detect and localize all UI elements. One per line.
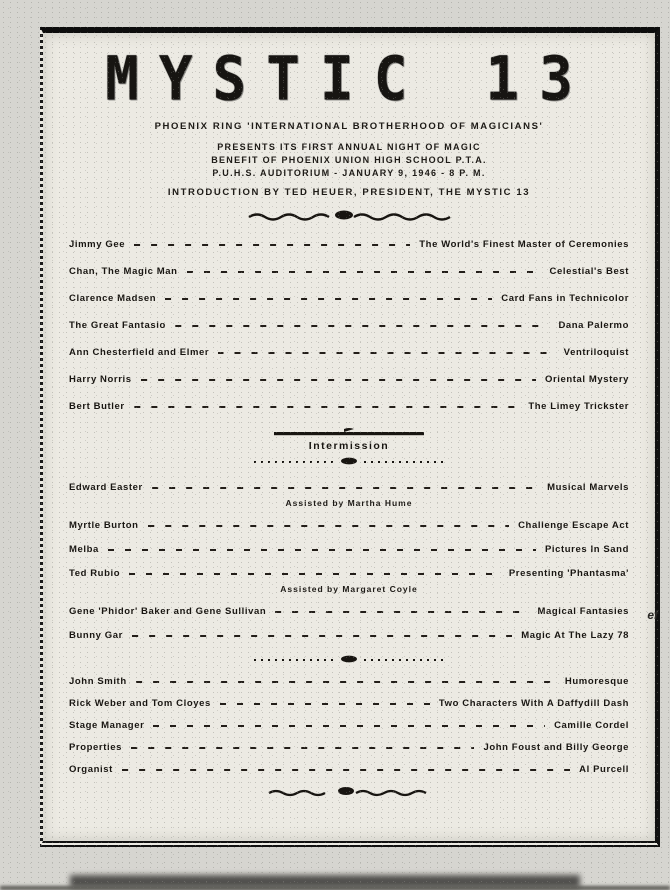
act-description: Card Fans in Technicolor xyxy=(501,293,629,304)
act-performer: The Great Fantasio xyxy=(69,320,166,331)
credit-right: John Foust and Billy George xyxy=(483,742,629,753)
program-row: Bert Butler The Limey Trickster xyxy=(69,401,629,412)
dash-leader xyxy=(175,325,550,327)
dash-leader xyxy=(220,703,430,705)
act-performer: Myrtle Burton xyxy=(69,520,139,531)
program-page-frame: MYSTIC 13 PHOENIX RING 'INTERNATIONAL BR… xyxy=(40,27,660,847)
program-row: Chan, The Magic Man Celestial's Best xyxy=(69,266,629,277)
program-row: Ted Rubio Presenting 'Phantasma' xyxy=(69,568,629,579)
dash-leader xyxy=(129,573,500,575)
intermission-label: Intermission xyxy=(59,440,639,452)
credit-right: Camille Cordel xyxy=(554,720,629,731)
page-title: MYSTIC 13 xyxy=(59,47,639,114)
program-row: Myrtle Burton Challenge Escape Act xyxy=(69,520,629,531)
act-performer: Edward Easter xyxy=(69,482,143,493)
credit-left: Stage Manager xyxy=(69,720,144,731)
program-row: The Great Fantasio Dana Palermo xyxy=(69,320,629,331)
program-credits: John Smith Humoresque Rick Weber and Tom… xyxy=(69,676,629,775)
dash-leader xyxy=(165,298,492,300)
credit-left: Rick Weber and Tom Cloyes xyxy=(69,698,211,709)
photo-bottom-edge xyxy=(0,886,670,890)
act-description: Presenting 'Phantasma' xyxy=(509,568,629,579)
presents-line: PRESENTS ITS FIRST ANNUAL NIGHT OF MAGIC xyxy=(59,141,639,154)
credit-row: Properties John Foust and Billy George xyxy=(69,742,629,753)
assistant-note: Assisted by Martha Hume xyxy=(69,498,629,508)
act-performer: Harry Norris xyxy=(69,374,132,385)
program-row: Jimmy Gee The World's Finest Master of C… xyxy=(69,239,629,250)
act-description: Magical Fantasies xyxy=(537,606,629,617)
program-page: MYSTIC 13 PHOENIX RING 'INTERNATIONAL BR… xyxy=(43,33,655,841)
act-description: Challenge Escape Act xyxy=(518,520,629,531)
credit-left: Organist xyxy=(69,764,113,775)
dash-leader xyxy=(148,525,510,527)
event-details: PRESENTS ITS FIRST ANNUAL NIGHT OF MAGIC… xyxy=(59,141,639,180)
act-description: Pictures In Sand xyxy=(545,544,629,555)
dash-leader xyxy=(122,769,570,771)
program-row: Ann Chesterfield and Elmer Ventriloquist xyxy=(69,347,629,358)
program-part1: Jimmy Gee The World's Finest Master of C… xyxy=(69,239,629,412)
credit-left: Properties xyxy=(69,742,122,753)
program-row: Harry Norris Oriental Mystery xyxy=(69,374,629,385)
program-row: Clarence Madsen Card Fans in Technicolor xyxy=(69,293,629,304)
dash-leader xyxy=(132,635,512,637)
program-row: Melba Pictures In Sand xyxy=(69,544,629,555)
dash-leader xyxy=(134,244,410,246)
scanned-photo: MYSTIC 13 PHOENIX RING 'INTERNATIONAL BR… xyxy=(0,0,670,890)
credit-row: Organist Al Purcell xyxy=(69,764,629,775)
dotted-divider-icon xyxy=(59,456,639,466)
ornament-divider-icon xyxy=(59,209,639,223)
corner-mark: ef xyxy=(647,608,658,622)
program-row: Bunny Gar Magic At The Lazy 78 xyxy=(69,630,629,641)
act-performer: Jimmy Gee xyxy=(69,239,125,250)
act-description: The Limey Trickster xyxy=(528,401,629,412)
act-performer: Bert Butler xyxy=(69,401,125,412)
dash-leader xyxy=(275,611,528,613)
dash-leader xyxy=(152,487,538,489)
act-performer: Clarence Madsen xyxy=(69,293,156,304)
act-performer: Ted Rubio xyxy=(69,568,120,579)
act-description: Celestial's Best xyxy=(550,266,629,277)
act-description: The World's Finest Master of Ceremonies xyxy=(419,239,629,250)
act-performer: Gene 'Phidor' Baker and Gene Sullivan xyxy=(69,606,266,617)
credit-right: Al Purcell xyxy=(579,764,629,775)
dash-leader xyxy=(136,681,556,683)
dash-leader xyxy=(134,406,520,408)
act-description: Ventriloquist xyxy=(564,347,629,358)
act-description: Dana Palermo xyxy=(558,320,629,331)
dash-leader xyxy=(108,549,536,551)
act-description: Magic At The Lazy 78 xyxy=(521,630,629,641)
act-performer: Melba xyxy=(69,544,99,555)
title-word-mystic: MYSTIC xyxy=(105,47,427,114)
program-row: Gene 'Phidor' Baker and Gene Sullivan Ma… xyxy=(69,606,629,617)
act-performer: Bunny Gar xyxy=(69,630,123,641)
dash-leader xyxy=(141,379,536,381)
dash-leader xyxy=(187,271,541,273)
act-performer: Ann Chesterfield and Elmer xyxy=(69,347,209,358)
solid-bar-divider-icon xyxy=(59,428,639,438)
credit-row: Rick Weber and Tom Cloyes Two Characters… xyxy=(69,698,629,709)
program-part2: Edward Easter Musical Marvels Assisted b… xyxy=(69,482,629,641)
dash-leader xyxy=(153,725,545,727)
act-performer: Chan, The Magic Man xyxy=(69,266,178,277)
dash-leader xyxy=(218,352,554,354)
dotted-divider-icon xyxy=(59,654,639,664)
credit-right: Humoresque xyxy=(565,676,629,687)
introduction-line: INTRODUCTION BY TED HEUER, PRESIDENT, TH… xyxy=(59,187,639,198)
program-row: Edward Easter Musical Marvels xyxy=(69,482,629,493)
venue-line: P.U.H.S. AUDITORIUM - JANUARY 9, 1946 - … xyxy=(59,167,639,180)
dash-leader xyxy=(131,747,474,749)
credit-row: Stage Manager Camille Cordel xyxy=(69,720,629,731)
title-word-13: 13 xyxy=(485,47,592,114)
act-description: Oriental Mystery xyxy=(545,374,629,385)
act-description: Musical Marvels xyxy=(547,482,629,493)
assistant-note: Assisted by Margaret Coyle xyxy=(69,584,629,594)
credit-right: Two Characters With A Daffydill Dash xyxy=(439,698,629,709)
ornament-divider-icon xyxy=(59,786,639,798)
organization-line: PHOENIX RING 'INTERNATIONAL BROTHERHOOD … xyxy=(59,121,639,132)
benefit-line: BENEFIT OF PHOENIX UNION HIGH SCHOOL P.T… xyxy=(59,154,639,167)
credit-left: John Smith xyxy=(69,676,127,687)
credit-row: John Smith Humoresque xyxy=(69,676,629,687)
